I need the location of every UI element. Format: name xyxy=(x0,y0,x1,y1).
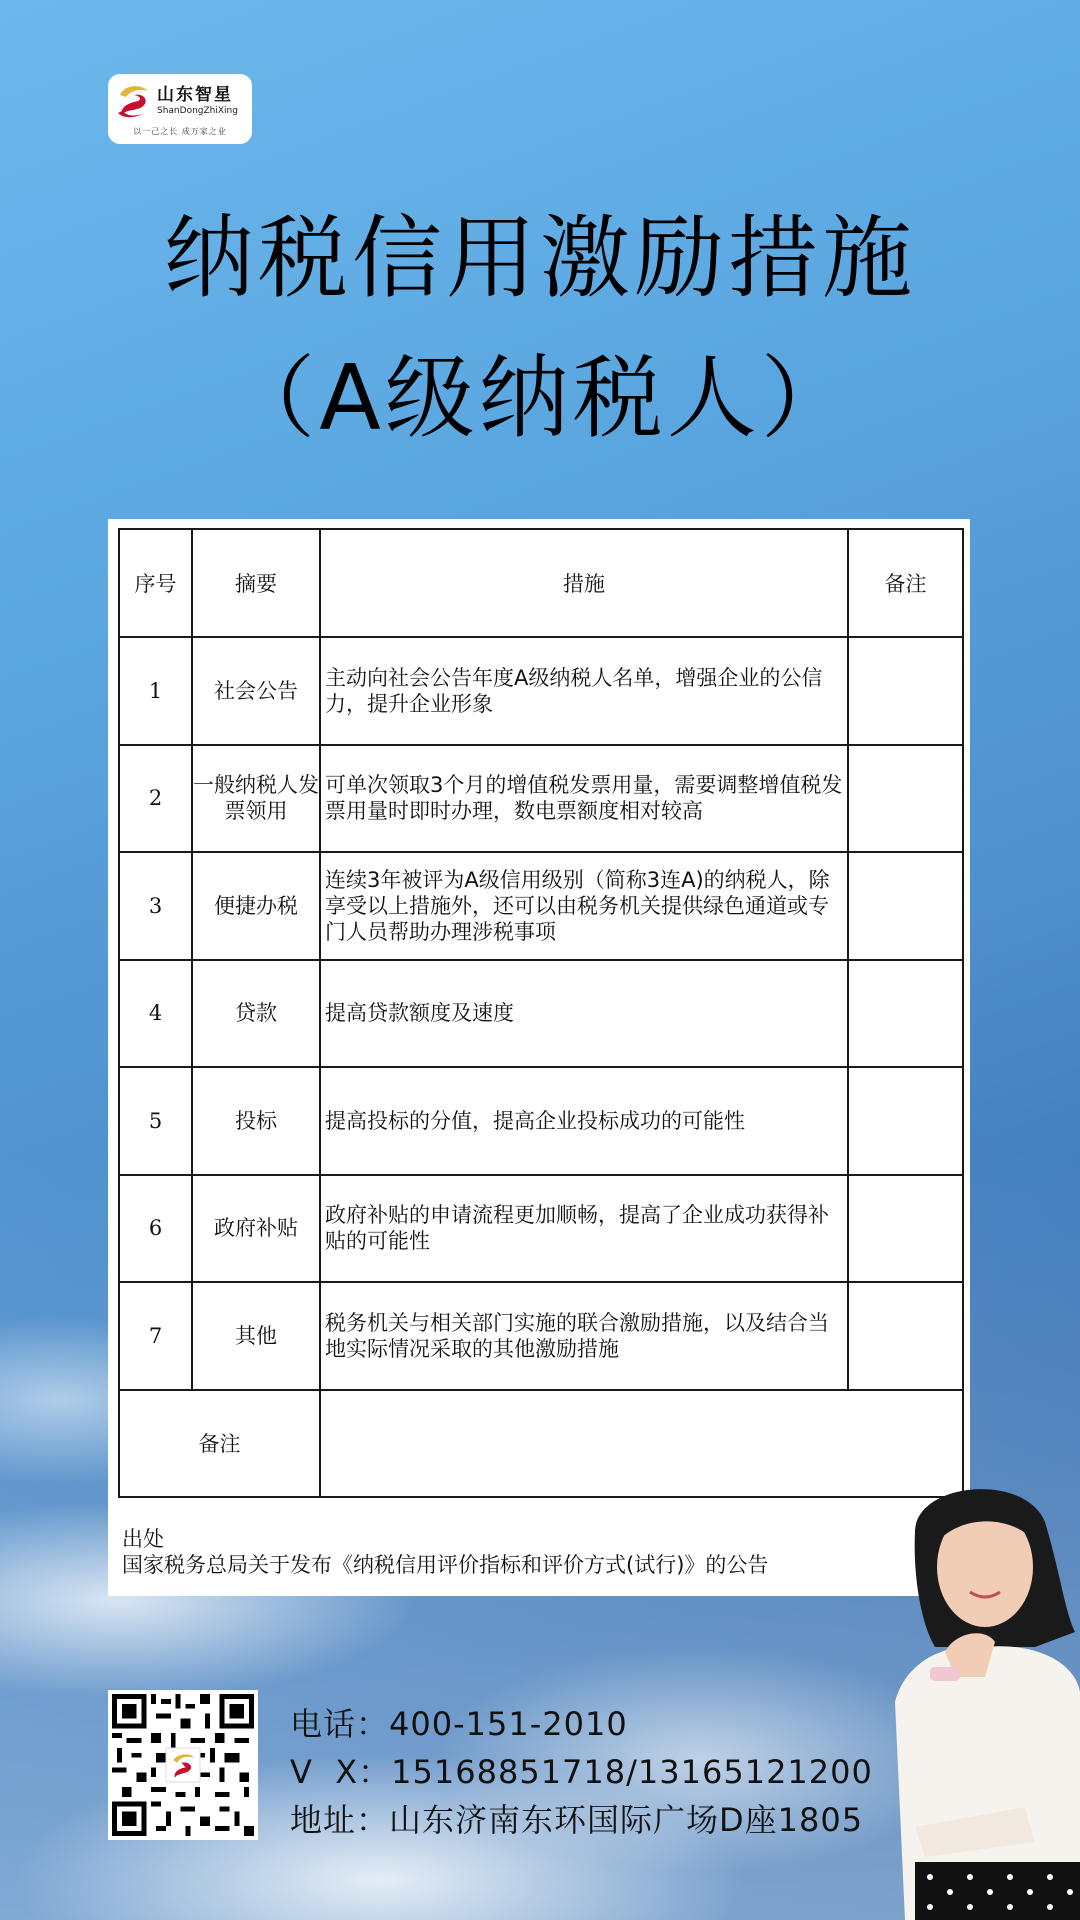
page-subtitle: （A级纳税人） xyxy=(0,344,1080,454)
logo-name-en: ShanDongZhiXing xyxy=(157,105,238,117)
source-label: 出处 xyxy=(122,1526,768,1552)
row-summary: 其他 xyxy=(192,1282,320,1390)
row-summary: 政府补贴 xyxy=(192,1175,320,1283)
row-summary: 一般纳税人发票领用 xyxy=(192,745,320,853)
logo-slogan: 以一己之长 成万家之业 xyxy=(114,126,246,137)
row-no: 7 xyxy=(119,1282,192,1390)
source-text: 国家税务总局关于发布《纳税信用评价指标和评价方式(试行)》的公告 xyxy=(122,1552,768,1578)
row-no: 3 xyxy=(119,852,192,960)
measures-panel: 序号 摘要 措施 备注 1 社会公告 主动向社会公告年度A级纳税人名单，增强企业… xyxy=(108,519,970,1596)
table-row: 1 社会公告 主动向社会公告年度A级纳税人名单，增强企业的公信力，提升企业形象 xyxy=(119,637,963,745)
source-note: 出处 国家税务总局关于发布《纳税信用评价指标和评价方式(试行)》的公告 xyxy=(122,1526,768,1578)
row-summary: 社会公告 xyxy=(192,637,320,745)
header-note: 备注 xyxy=(848,529,963,637)
remark-label: 备注 xyxy=(119,1390,320,1498)
header-measure: 措施 xyxy=(320,529,848,637)
row-note xyxy=(848,637,963,745)
company-logo: 山东智星 ShanDongZhiXing 以一己之长 成万家之业 xyxy=(108,74,252,144)
phone-number: 400-151-2010 xyxy=(389,1705,628,1743)
row-measure: 主动向社会公告年度A级纳税人名单，增强企业的公信力，提升企业形象 xyxy=(320,637,848,745)
table-row: 5 投标 提高投标的分值，提高企业投标成功的可能性 xyxy=(119,1067,963,1175)
row-measure: 提高贷款额度及速度 xyxy=(320,960,848,1068)
measures-table: 序号 摘要 措施 备注 1 社会公告 主动向社会公告年度A级纳税人名单，增强企业… xyxy=(118,528,964,1498)
table-row: 4 贷款 提高贷款额度及速度 xyxy=(119,960,963,1068)
table-row: 7 其他 税务机关与相关部门实施的联合激励措施，以及结合当地实际情况采取的其他激… xyxy=(119,1282,963,1390)
row-measure: 提高投标的分值，提高企业投标成功的可能性 xyxy=(320,1067,848,1175)
table-header-row: 序号 摘要 措施 备注 xyxy=(119,529,963,637)
table-row: 2 一般纳税人发票领用 可单次领取3个月的增值税发票用量，需要调整增值税发票用量… xyxy=(119,745,963,853)
logo-name-cn: 山东智星 xyxy=(157,85,238,105)
row-summary: 便捷办税 xyxy=(192,852,320,960)
table-row: 3 便捷办税 连续3年被评为A级信用级别（简称3连A)的纳税人，除享受以上措施外… xyxy=(119,852,963,960)
wechat-number: 15168851718/13165121200 xyxy=(391,1753,873,1791)
swirl-logo-icon xyxy=(114,81,154,121)
row-note xyxy=(848,852,963,960)
row-measure: 可单次领取3个月的增值税发票用量，需要调整增值税发票用量时即时办理，数电票额度相… xyxy=(320,745,848,853)
row-measure: 政府补贴的申请流程更加顺畅，提高了企业成功获得补贴的可能性 xyxy=(320,1175,848,1283)
table-row: 6 政府补贴 政府补贴的申请流程更加顺畅，提高了企业成功获得补贴的可能性 xyxy=(119,1175,963,1283)
row-summary: 投标 xyxy=(192,1067,320,1175)
header-no: 序号 xyxy=(119,529,192,637)
wechat-label: V X： xyxy=(290,1753,391,1791)
row-note xyxy=(848,960,963,1068)
contact-address: 地址：山东济南东环国际广场D座1805 xyxy=(290,1796,873,1844)
contact-wechat: V X：15168851718/13165121200 xyxy=(290,1748,873,1796)
row-note xyxy=(848,1175,963,1283)
row-measure: 税务机关与相关部门实施的联合激励措施，以及结合当地实际情况采取的其他激励措施 xyxy=(320,1282,848,1390)
address-text: 山东济南东环国际广场D座1805 xyxy=(389,1801,863,1839)
row-summary: 贷款 xyxy=(192,960,320,1068)
row-no: 1 xyxy=(119,637,192,745)
row-no: 5 xyxy=(119,1067,192,1175)
row-no: 4 xyxy=(119,960,192,1068)
page-title: 纳税信用激励措施 xyxy=(0,204,1080,314)
phone-label: 电话： xyxy=(290,1705,389,1743)
row-no: 6 xyxy=(119,1175,192,1283)
row-measure: 连续3年被评为A级信用级别（简称3连A)的纳税人，除享受以上措施外，还可以由税务… xyxy=(320,852,848,960)
qr-code-icon xyxy=(108,1690,258,1840)
row-note xyxy=(848,745,963,853)
row-no: 2 xyxy=(119,745,192,853)
remark-value xyxy=(320,1390,963,1498)
consultant-photo xyxy=(875,1462,1080,1920)
table-remark-row: 备注 xyxy=(119,1390,963,1498)
address-label: 地址： xyxy=(290,1801,389,1839)
contact-phone: 电话：400-151-2010 xyxy=(290,1700,873,1748)
row-note xyxy=(848,1067,963,1175)
contact-info: 电话：400-151-2010 V X：15168851718/13165121… xyxy=(290,1700,873,1844)
header-summary: 摘要 xyxy=(192,529,320,637)
row-note xyxy=(848,1282,963,1390)
